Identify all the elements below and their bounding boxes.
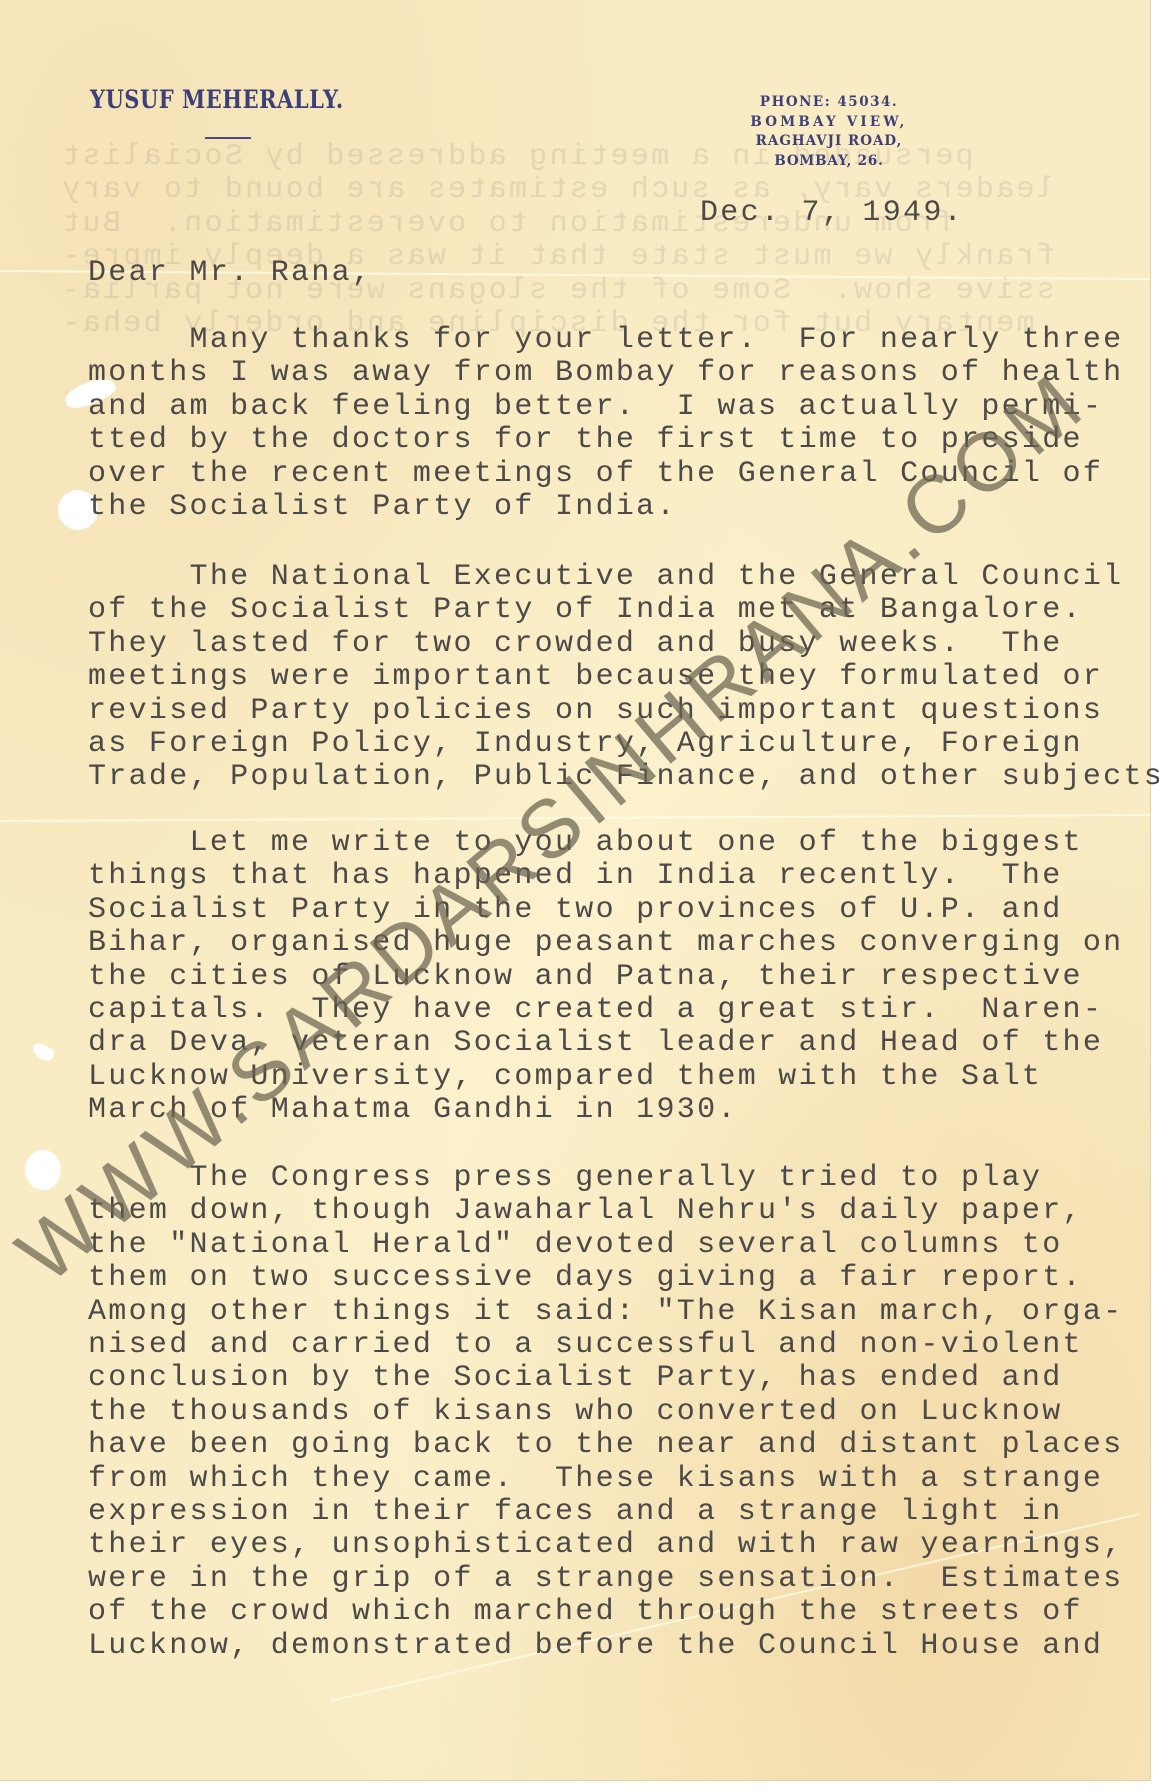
text-line: nised and carried to a successful and no… [88, 1330, 1083, 1360]
letterhead-rule [205, 137, 251, 139]
text-line: the thousands of kisans who converted on… [88, 1397, 1063, 1427]
letterhead-name: YUSUF MEHERALLY. [90, 84, 344, 114]
text-line: and am back feeling better. I was actual… [88, 392, 1103, 422]
text-line: They lasted for two crowded and busy wee… [88, 629, 1063, 659]
letterhead-phone: PHONE: 45034. [709, 93, 949, 113]
text-line: months I was away from Bombay for reason… [88, 358, 1123, 388]
salutation: Dear Mr. Rana, [88, 258, 372, 288]
text-line: them on two successive days giving a fai… [88, 1263, 1083, 1293]
text-line: of the crowd which marched through the s… [88, 1597, 1083, 1627]
text-line: Among other things it said: "The Kisan m… [88, 1297, 1123, 1327]
address-line: BOMBAY VIEW, [709, 113, 949, 133]
text-line: of the Socialist Party of India met at B… [88, 595, 1083, 625]
address-line: BOMBAY, 26. [709, 152, 949, 172]
text-line: have been going back to the near and dis… [88, 1430, 1123, 1460]
text-line: Lucknow, demonstrated before the Council… [88, 1631, 1103, 1661]
text-line: Bihar, organised huge peasant marches co… [88, 928, 1123, 958]
text-line: The National Executive and the General C… [88, 562, 1123, 592]
text-line: capitals. They have created a great stir… [88, 995, 1103, 1025]
text-line: conclusion by the Socialist Party, has e… [88, 1363, 1063, 1393]
text-line: from which they came. These kisans with … [88, 1464, 1103, 1494]
text-line: revised Party policies on such important… [88, 696, 1103, 726]
letterhead-address: PHONE: 45034. BOMBAY VIEW, RAGHAVJI ROAD… [709, 93, 949, 171]
address-line: RAGHAVJI ROAD, [709, 132, 949, 152]
text-line: the Socialist Party of India. [88, 492, 677, 522]
letter-date: Dec. 7, 1949. [700, 198, 964, 228]
text-line: were in the grip of a strange sensation.… [88, 1564, 1123, 1594]
text-line: them down, though Jawaharlal Nehru's dai… [88, 1196, 1083, 1226]
text-line: Many thanks for your letter. For nearly … [88, 325, 1123, 355]
text-line: the "National Herald" devoted several co… [88, 1230, 1063, 1260]
text-line: The Congress press generally tried to pl… [88, 1163, 1042, 1193]
text-line: meetings were important because they for… [88, 662, 1103, 692]
text-line: expression in their faces and a strange … [88, 1497, 1063, 1527]
text-line: their eyes, unsophisticated and with raw… [88, 1530, 1123, 1560]
text-line: Socialist Party in the two provinces of … [88, 895, 1063, 925]
text-line: the cities of Lucknow and Patna, their r… [88, 962, 1083, 992]
